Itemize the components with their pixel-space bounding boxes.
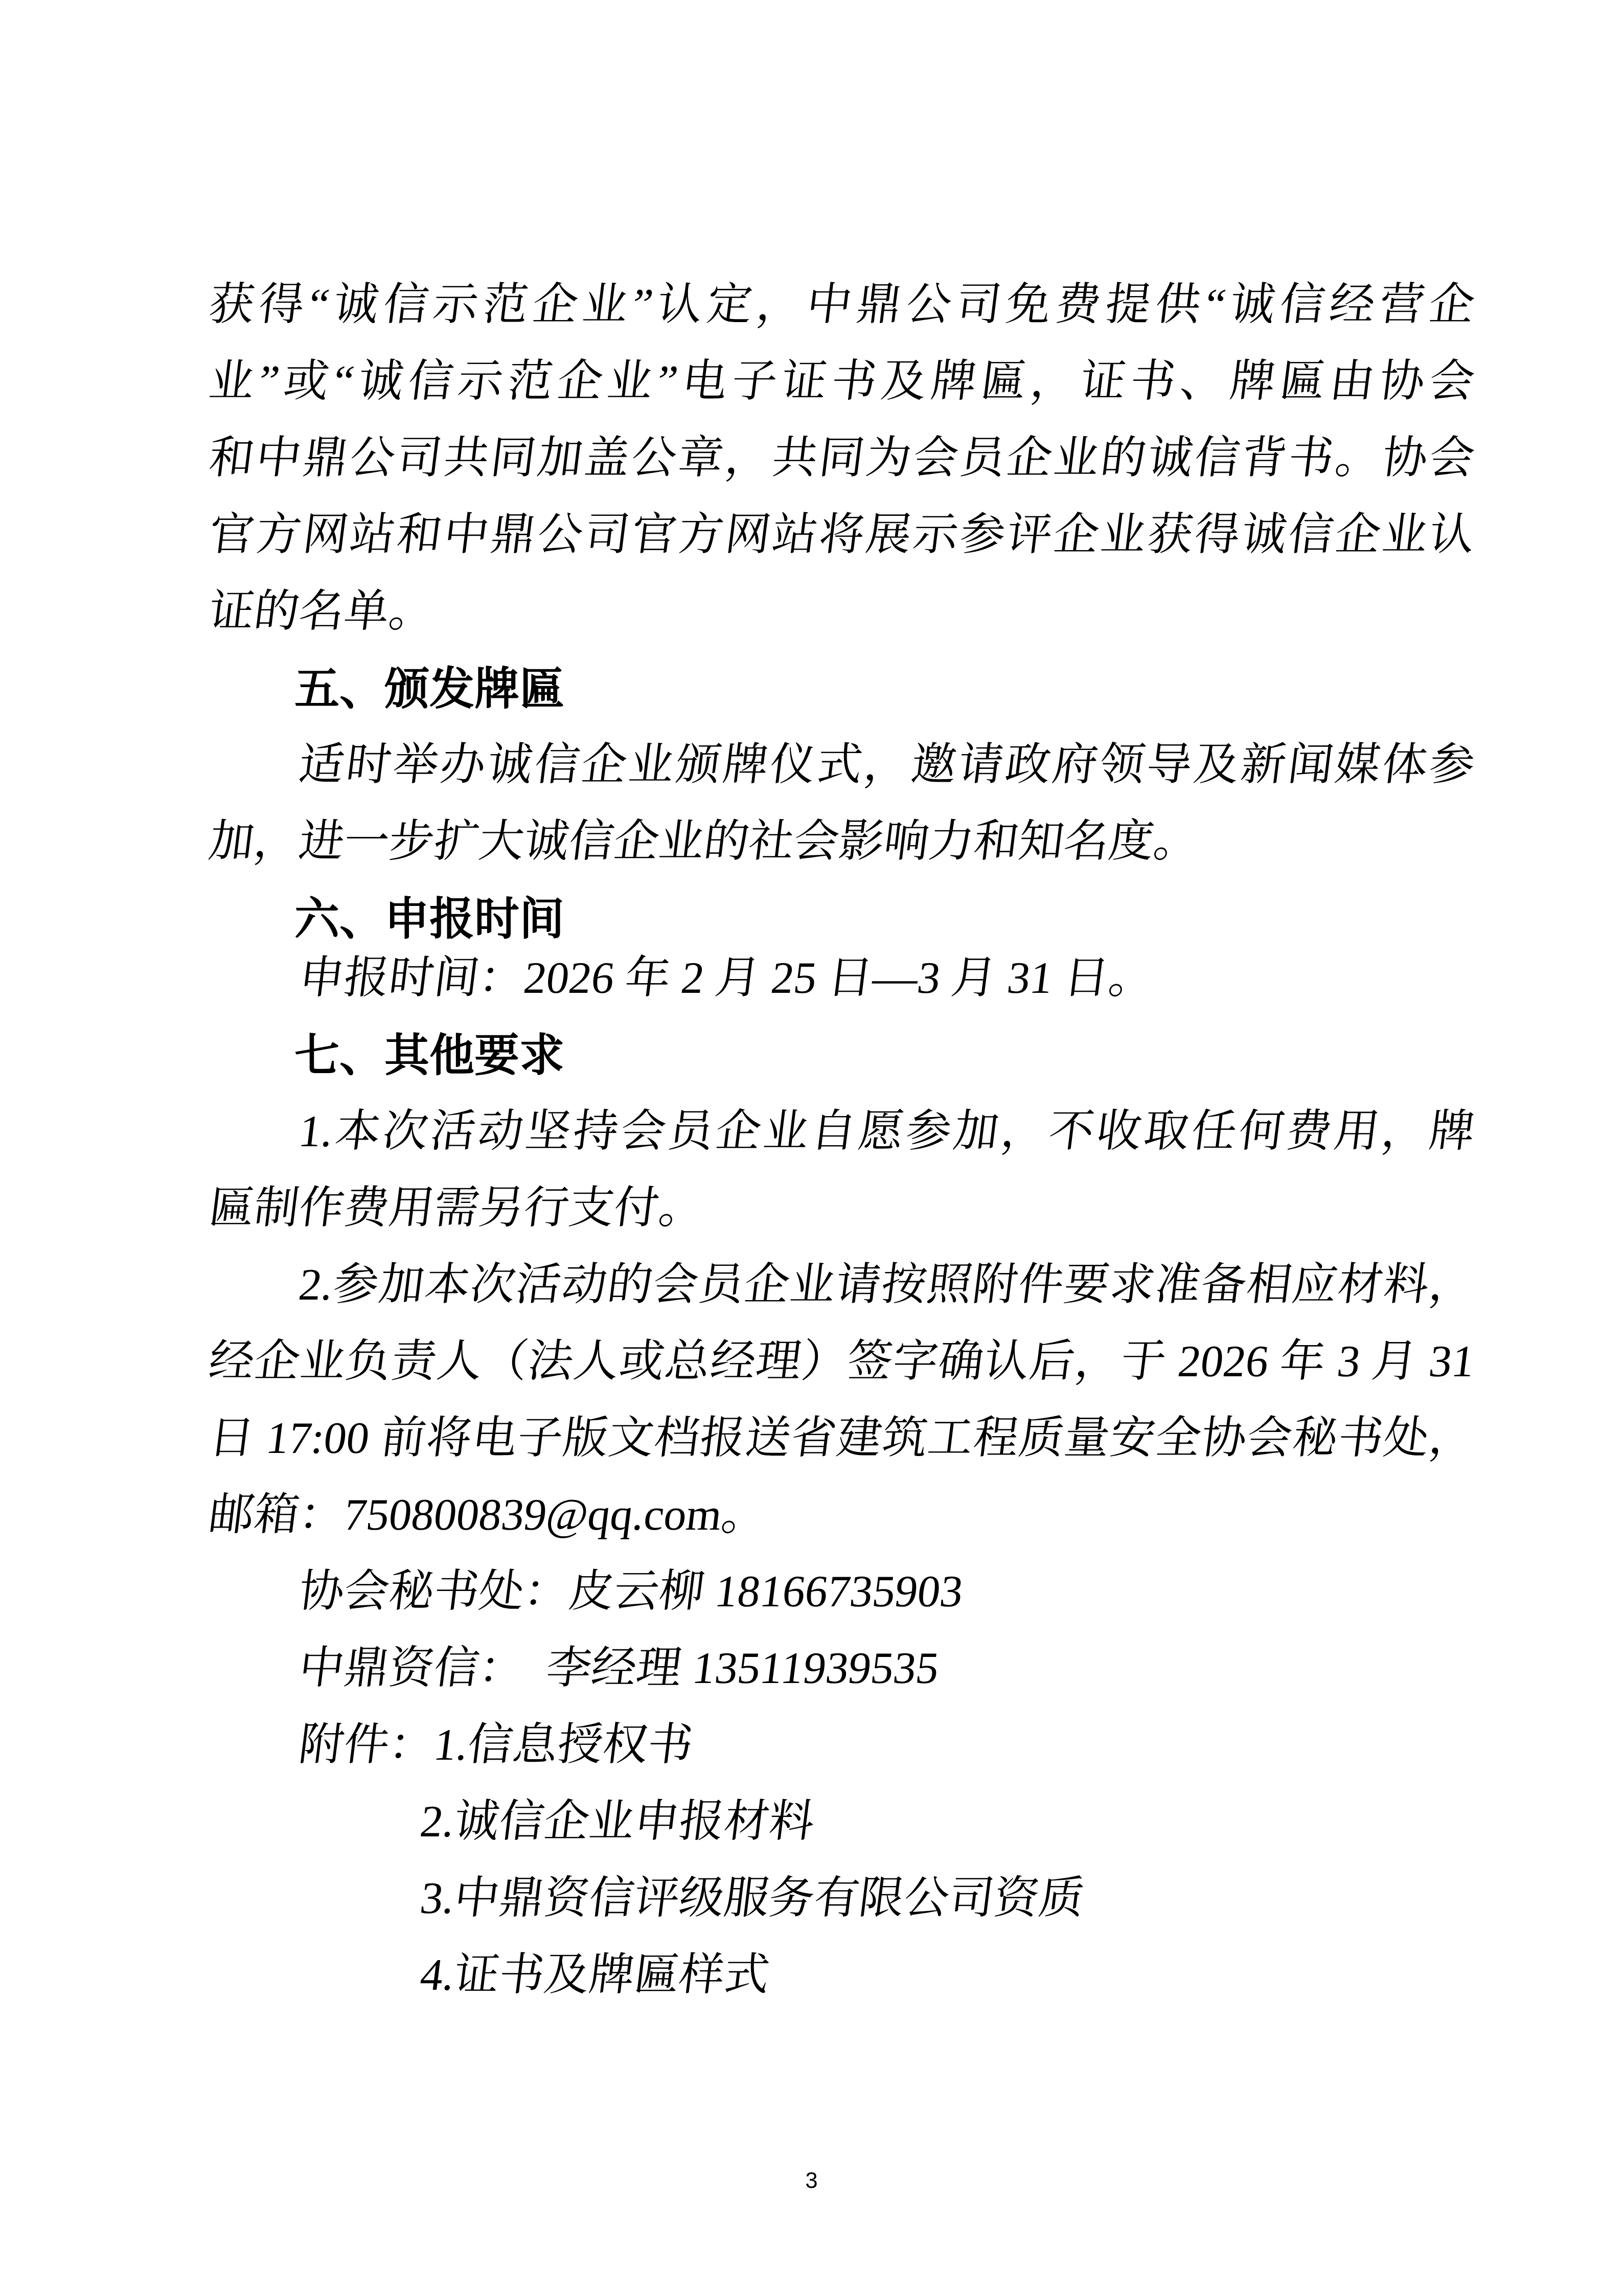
page-number: 3 — [0, 2168, 1623, 2194]
paragraph-line: 匾制作费用需另行支付。 — [204, 1170, 1479, 1247]
paragraph-line: 1.本次活动坚持会员企业自愿参加，不收取任何费用，牌 — [204, 1094, 1479, 1170]
paragraph-line: 获得“诚信示范企业”认定，中鼎公司免费提供“诚信经营企 — [204, 267, 1479, 344]
paragraph-line: 证的名单。 — [204, 574, 1479, 650]
paragraph-line: 2.参加本次活动的会员企业请按照附件要求准备相应材料， — [204, 1247, 1479, 1324]
paragraph-line: 适时举办诚信企业颁牌仪式，邀请政府领导及新闻媒体参 — [204, 727, 1479, 804]
document-page: 获得“诚信示范企业”认定，中鼎公司免费提供“诚信经营企 业”或“诚信示范企业”电… — [0, 0, 1623, 2014]
paragraph-line: 经企业负责人（法人或总经理）签字确认后，于 2026 年 3 月 31 — [204, 1324, 1479, 1400]
attachment-item-3: 3.中鼎资信评级服务有限公司资质 — [204, 1860, 1479, 1937]
paragraph-line: 和中鼎公司共同加盖公章，共同为会员企业的诚信背书。协会 — [204, 420, 1479, 497]
application-period-line: 申报时间：2026 年 2 月 25 日—3 月 31 日。 — [204, 940, 1479, 1017]
attachment-item-4: 4.证书及牌匾样式 — [204, 1937, 1479, 2014]
paragraph-line: 官方网站和中鼎公司官方网站将展示参评企业获得诚信企业认 — [204, 497, 1479, 574]
contact-association-line: 协会秘书处：皮云柳 18166735903 — [204, 1554, 1479, 1630]
section-heading-5: 五、颁发牌匾 — [204, 650, 1470, 727]
paragraph-line: 日 17:00 前将电子版文档报送省建筑工程质量安全协会秘书处， — [204, 1400, 1479, 1477]
attachment-item-1: 附件：1.信息授权书 — [204, 1707, 1479, 1784]
contact-zhongding-line: 中鼎资信： 李经理 13511939535 — [204, 1630, 1479, 1707]
paragraph-line: 业”或“诚信示范企业”电子证书及牌匾，证书、牌匾由协会 — [204, 344, 1479, 420]
attachment-item-2: 2.诚信企业申报材料 — [204, 1784, 1479, 1860]
section-heading-7: 七、其他要求 — [204, 1017, 1470, 1094]
paragraph-line: 加，进一步扩大诚信企业的社会影响力和知名度。 — [204, 804, 1479, 880]
email-line: 邮箱：750800839@qq.com。 — [204, 1477, 1479, 1554]
